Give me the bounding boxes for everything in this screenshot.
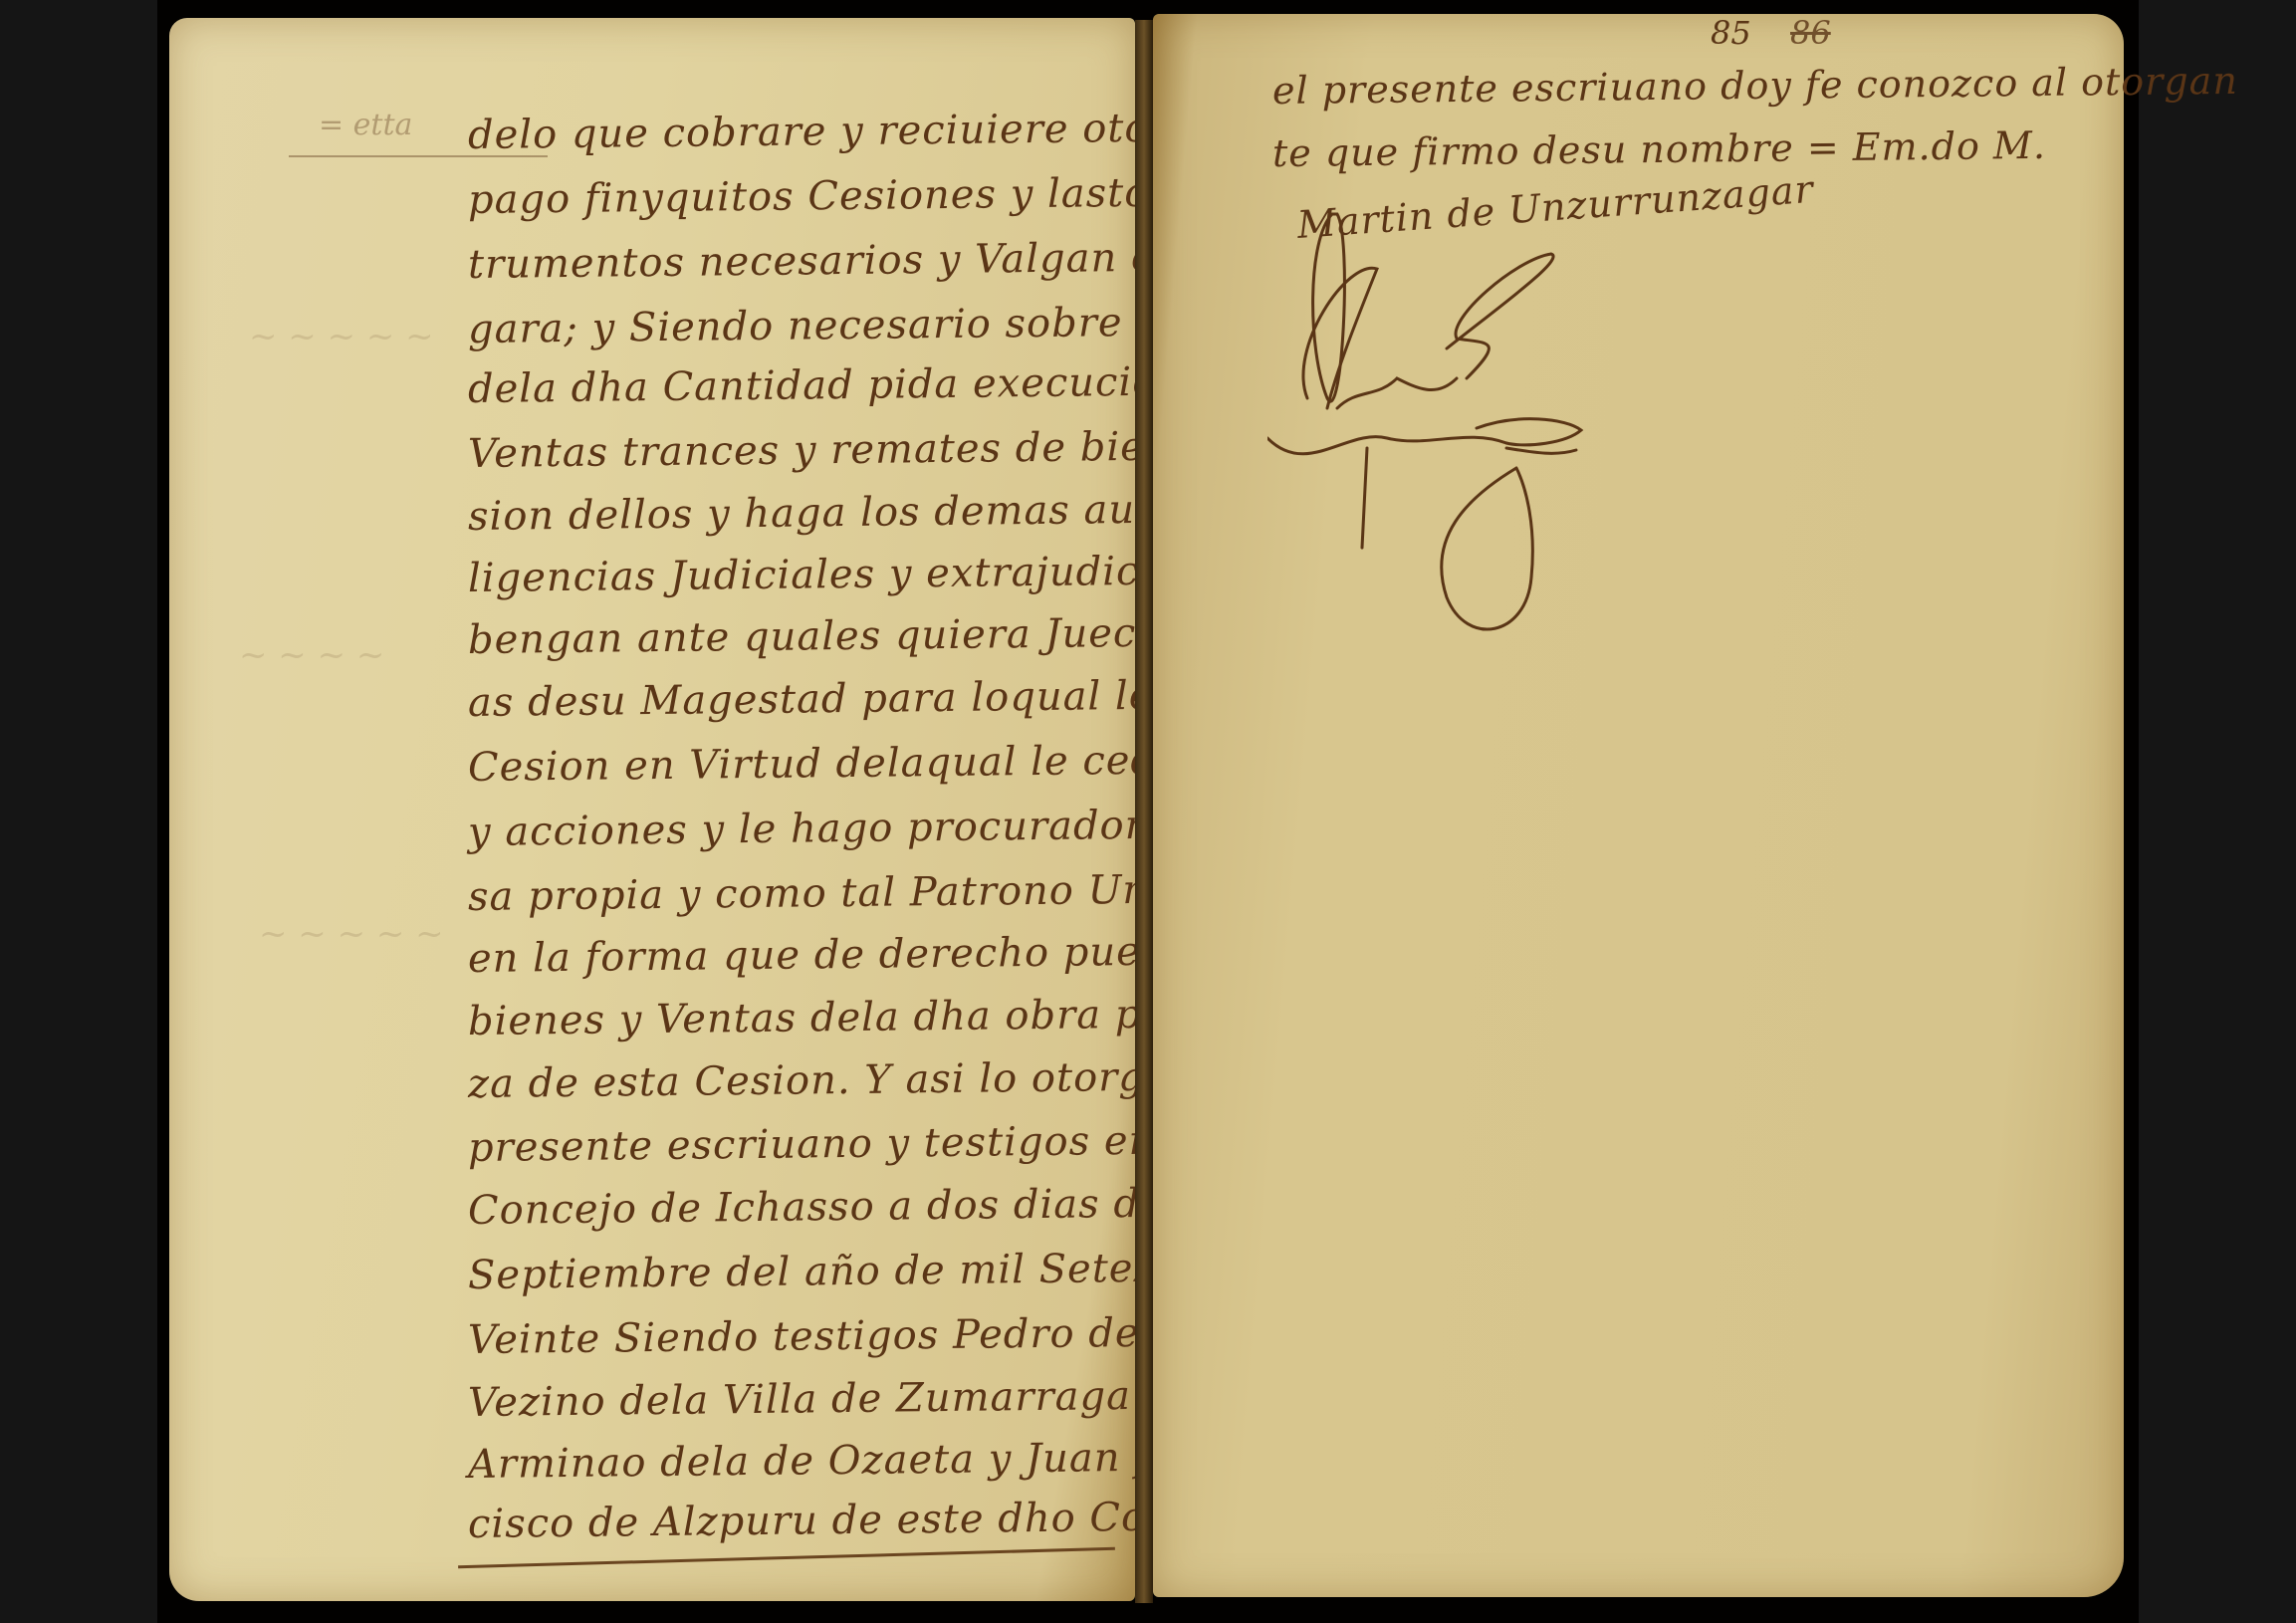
left-page: ~ ~ ~ ~ ~ ~ ~ ~ ~ ~ ~ ~ ~ ~ = etta delo … [169, 18, 1135, 1601]
manuscript-scan: ~ ~ ~ ~ ~ ~ ~ ~ ~ ~ ~ ~ ~ ~ = etta delo … [157, 0, 2139, 1623]
signature-flourish-icon [1267, 199, 1596, 647]
book-gutter [1135, 20, 1153, 1603]
text-line: el presente escriuano doy fe conozco al … [1272, 59, 2238, 113]
bleed-through-text: ~ ~ ~ ~ [239, 635, 384, 675]
folio-number: 85 [1711, 14, 1751, 52]
signature-rubric: Josseph de Alzpuru [1267, 199, 1596, 647]
text-line: Arminao dela de Ozaeta y Juan fran- [468, 1434, 1237, 1488]
margin-note: = etta [319, 108, 412, 142]
text-line: te que firmo desu nombre = Em.do M. [1272, 123, 2046, 175]
folio-number-struck: 86 [1790, 14, 1831, 52]
closing-rule [458, 1547, 1115, 1568]
bleed-through-text: ~ ~ ~ ~ ~ [249, 317, 434, 356]
bleed-through-text: ~ ~ ~ ~ ~ [259, 914, 444, 954]
